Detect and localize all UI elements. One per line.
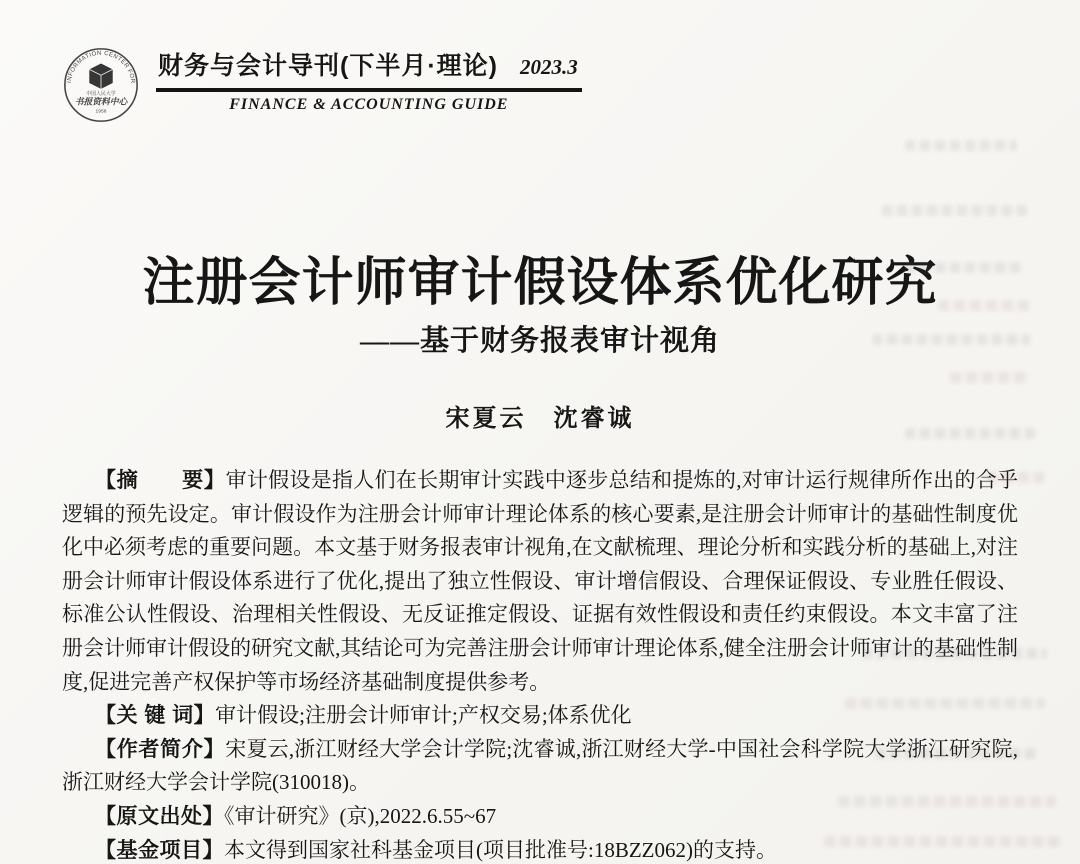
fund-paragraph: 【基金项目】本文得到国家社科基金项目(项目批准号:18BZZ062)的支持。 (62, 834, 1018, 864)
abstract-paragraph: 【摘 要】审计假设是指人们在长期审计实践中逐步总结和提炼的,对审计运行规律所作出… (62, 464, 1018, 699)
masthead: INFORMATION CENTER FOR SOCIAL SCIENCES 中… (60, 40, 582, 126)
publisher-seal-logo: INFORMATION CENTER FOR SOCIAL SCIENCES 中… (60, 44, 142, 126)
article-title: 注册会计师审计假设体系优化研究 (0, 240, 1080, 315)
front-matter: 【摘 要】审计假设是指人们在长期审计实践中逐步总结和提炼的,对审计运行规律所作出… (62, 464, 1018, 864)
bleed-through-artifact (905, 140, 1017, 151)
abstract-text: 审计假设是指人们在长期审计实践中逐步总结和提炼的,对审计运行规律所作出的合乎逻辑… (62, 468, 1018, 694)
keywords-paragraph: 【关 键 词】审计假设;注册会计师审计;产权交易;体系优化 (62, 699, 1018, 733)
author-bio-label: 【作者简介】 (95, 738, 225, 761)
source-text: 《审计研究》(京),2022.6.55~67 (224, 804, 496, 828)
fund-label: 【基金项目】 (95, 839, 224, 862)
masthead-text: 财务与会计导刊(下半月·理论) 2023.3 FINANCE & ACCOUNT… (156, 40, 582, 114)
cube-icon (89, 64, 112, 89)
fund-text: 本文得到国家社科基金项目(项目批准号:18BZZ062)的支持。 (224, 838, 777, 862)
seal-center-name: 书报资料中心 (75, 97, 129, 107)
abstract-label: 【摘 要】 (95, 469, 226, 492)
bleed-through-artifact (882, 205, 1027, 216)
journal-title-en: FINANCE & ACCOUNTING GUIDE (156, 96, 582, 114)
source-paragraph: 【原文出处】《审计研究》(京),2022.6.55~67 (62, 800, 1018, 834)
source-label: 【原文出处】 (95, 805, 224, 828)
author-bio-paragraph: 【作者简介】宋夏云,浙江财经大学会计学院;沈睿诚,浙江财经大学-中国社会科学院大… (62, 733, 1018, 800)
journal-first-page: INFORMATION CENTER FOR SOCIAL SCIENCES 中… (0, 0, 1080, 864)
masthead-rule (156, 88, 582, 92)
seal-year: 1958 (96, 108, 107, 114)
article-authors: 宋夏云 沈睿诚 (0, 398, 1080, 433)
journal-title-cn: 财务与会计导刊(下半月·理论) (158, 46, 498, 82)
bleed-through-artifact (950, 372, 1030, 383)
article-subtitle: ——基于财务报表审计视角 (0, 318, 1080, 359)
keywords-text: 审计假设;注册会计师审计;产权交易;体系优化 (215, 703, 632, 727)
journal-issue: 2023.3 (520, 55, 578, 80)
keywords-label: 【关 键 词】 (95, 704, 215, 727)
